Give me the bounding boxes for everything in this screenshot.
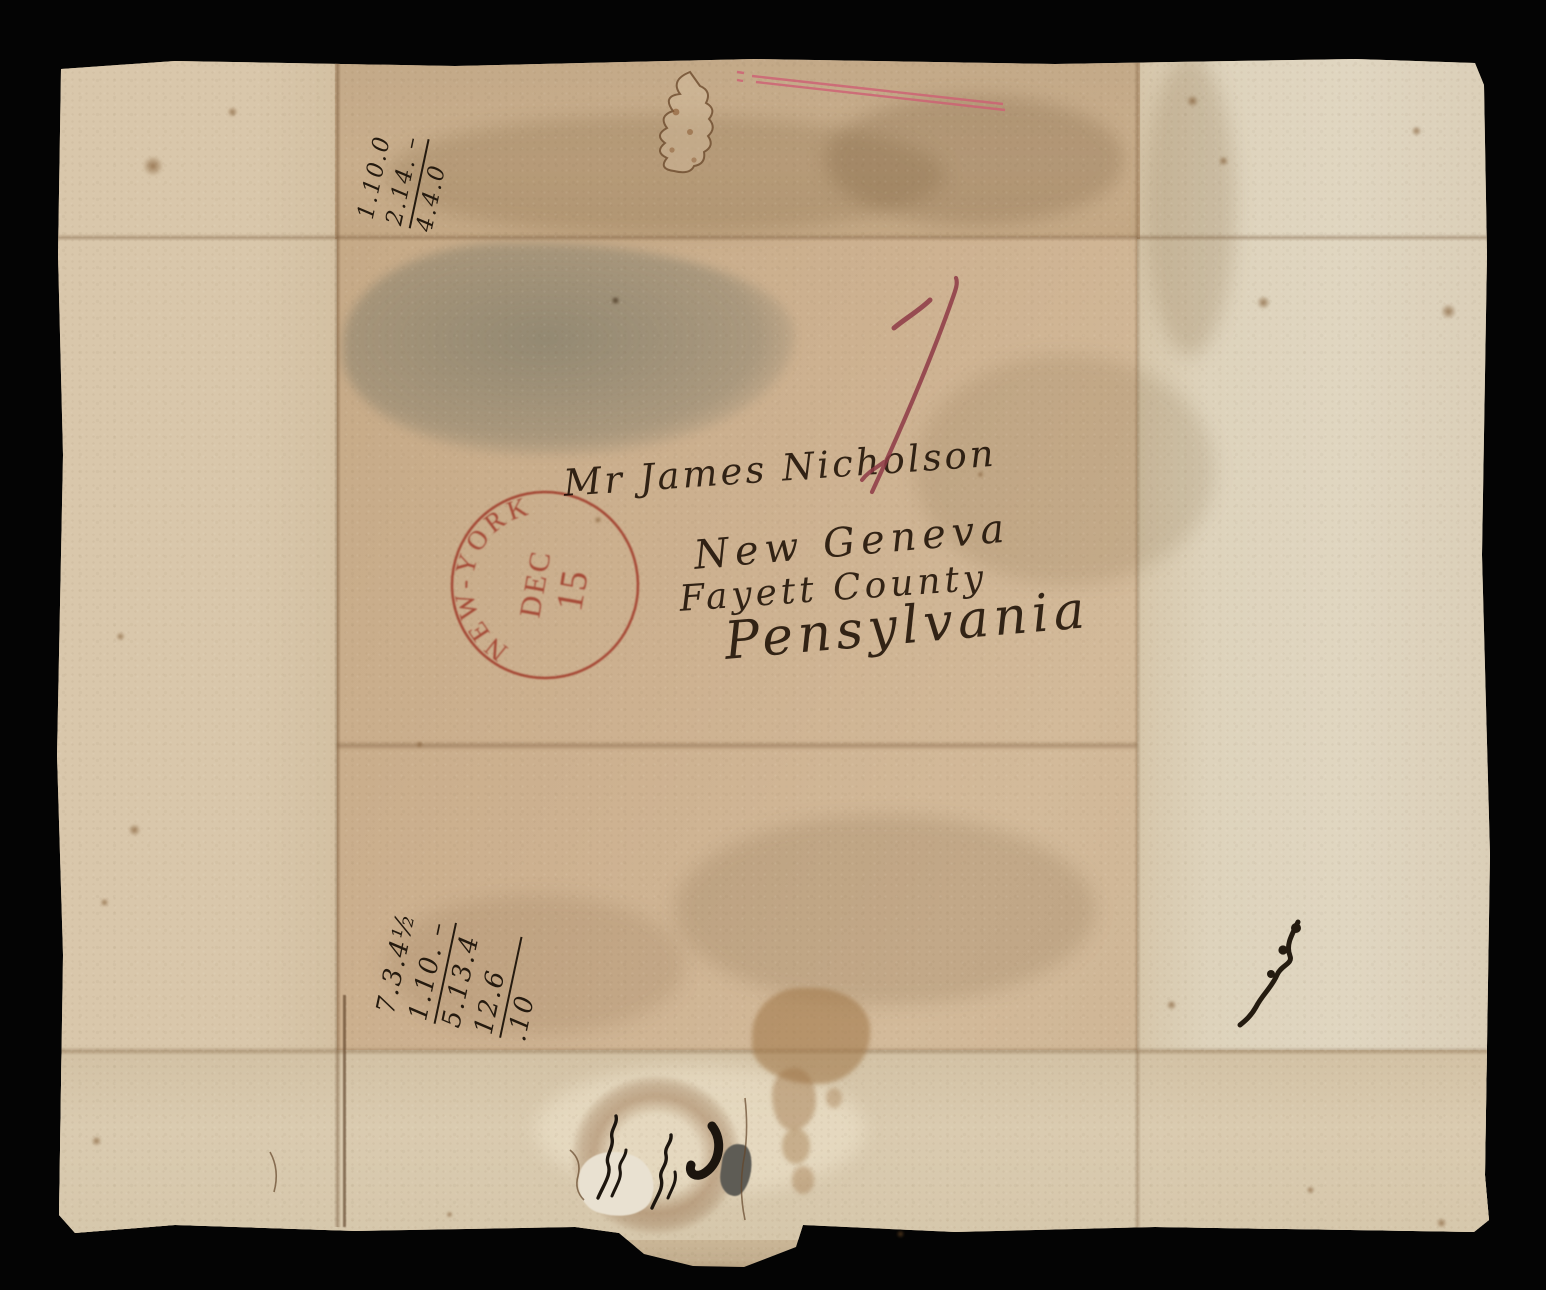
scan-background: 1.10.0 2.14. – 4.4.0 7.3.4½ 1.10. – 5.13… xyxy=(0,0,1546,1290)
foxing-spot xyxy=(896,1230,905,1238)
stain-mottle xyxy=(675,815,1095,1005)
paper-highlight xyxy=(535,1065,865,1195)
accounting-notes-top: 1.10.0 2.14. – 4.4.0 xyxy=(352,127,457,235)
fold-crease-vertical-left-dark xyxy=(343,995,346,1227)
fold-crease-vertical-left xyxy=(334,59,341,1227)
postmark-month-text: DEC xyxy=(513,547,557,621)
fold-crease-vertical-right xyxy=(1134,59,1141,1229)
graphite-smudge xyxy=(343,243,795,455)
fold-crease-horizontal-bottom xyxy=(57,1047,1487,1055)
fold-crease-horizontal-middle xyxy=(337,741,1137,750)
new-york-postmark-stamp: NEW-YORK DEC 15 xyxy=(423,463,666,706)
left-fold-panel xyxy=(55,55,340,1270)
stain-mottle xyxy=(1145,55,1235,355)
bottom-fold-panel xyxy=(55,1050,1492,1240)
fold-crease-horizontal-top xyxy=(57,234,1487,241)
postmark-day-text: 15 xyxy=(548,566,597,615)
stain-mottle xyxy=(825,95,1125,225)
stain-mottle xyxy=(385,115,945,235)
right-fold-panel xyxy=(1137,55,1492,1270)
